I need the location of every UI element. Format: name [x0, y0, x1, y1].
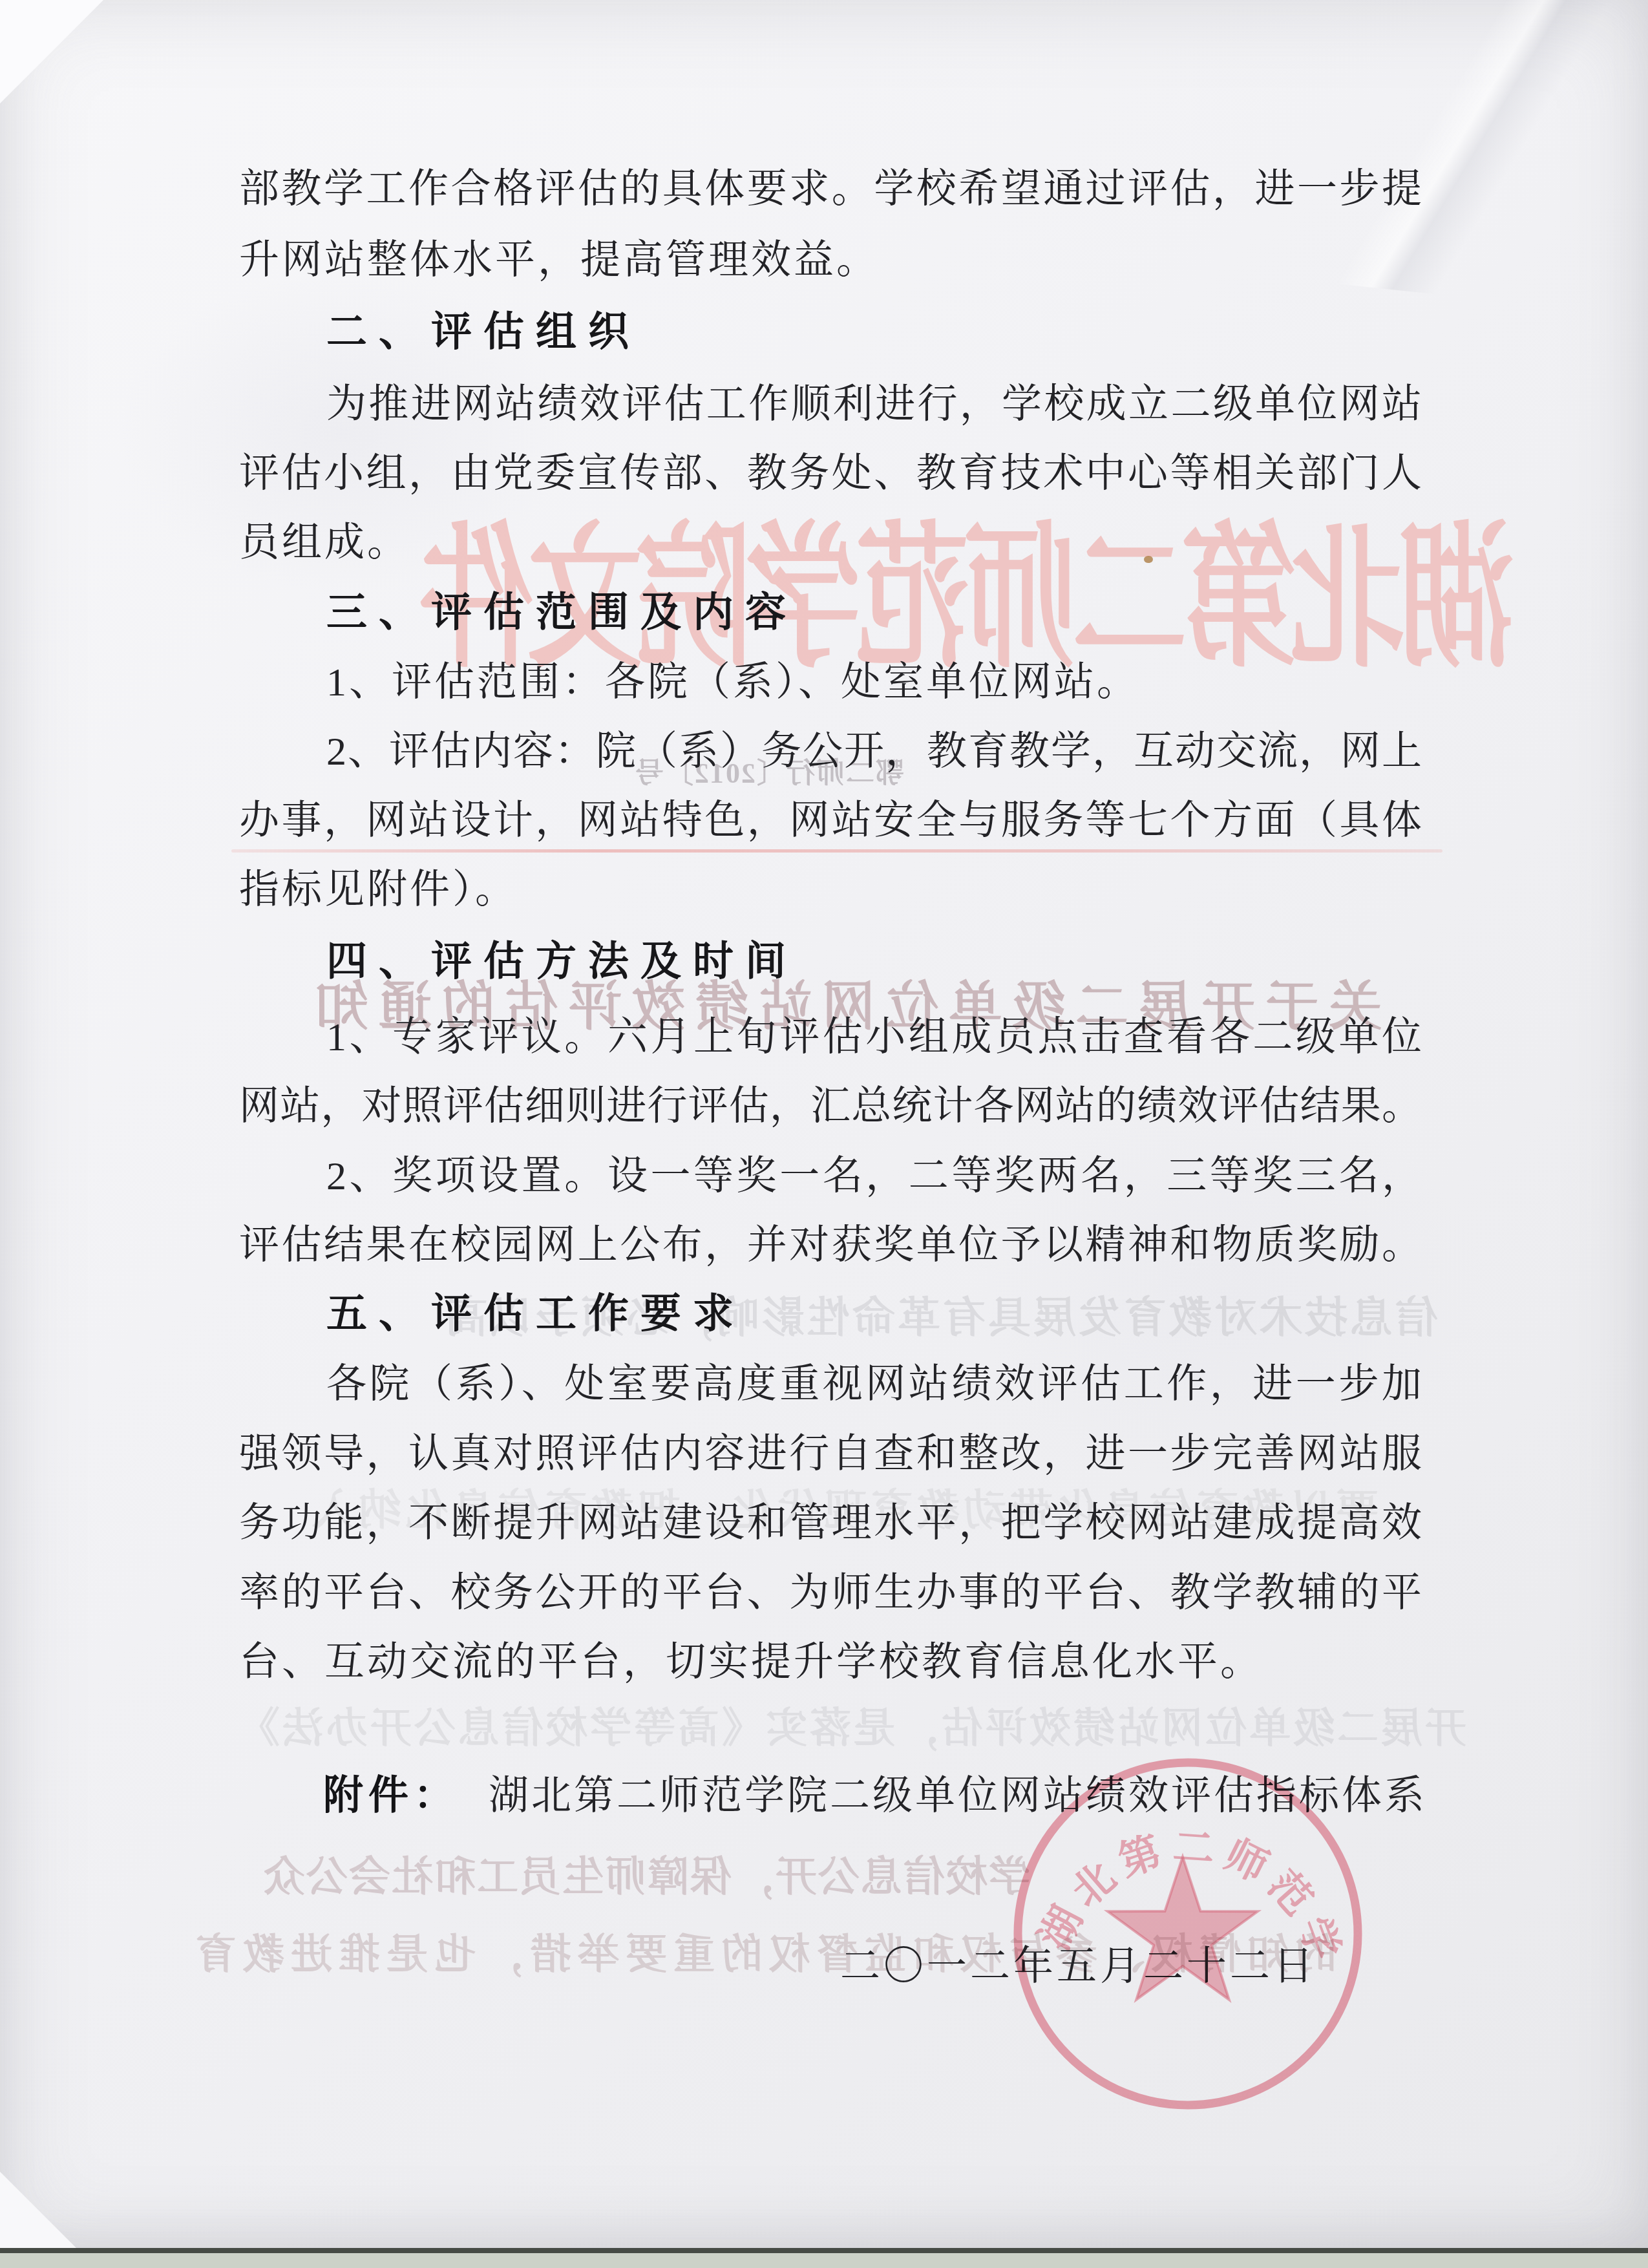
body-line: 员组成。	[239, 508, 410, 578]
section-heading: 三、评估范围及内容	[326, 577, 798, 647]
bleedthrough-line: 学校信息公开，保障师生员工和社会公众	[252, 1843, 1041, 1895]
section-heading: 二、评估组织	[326, 297, 640, 366]
body-line: 强领导，认真对照评估内容进行自查和整改，进一步完善网站服	[239, 1419, 1422, 1489]
body-line: 各院（系）、处室要高度重视网站绩效评估工作，进一步加	[326, 1350, 1422, 1419]
body-line: 1、评估范围：各院（系）、处室单位网站。	[326, 648, 1139, 717]
body-line: 1、专家评议。六月上旬评估小组成员点击查看各二级单位	[326, 1002, 1422, 1072]
body-line: 为推进网站绩效评估工作顺利进行，学校成立二级单位网站	[326, 370, 1422, 440]
scanner-background-strip	[0, 2253, 1648, 2268]
body-line: 升网站整体水平，提高管理效益。	[239, 226, 879, 295]
body-line: 评估结果在校园网上公布，并对获奖单位予以精神和物质奖励。	[239, 1211, 1422, 1280]
body-line: 网站，对照评估细则进行评估，汇总统计各网站的绩效评估结果。	[239, 1072, 1422, 1141]
body-line: 2、奖项设置。设一等奖一名，二等奖两名，三等奖三名，	[326, 1141, 1422, 1211]
body-line: 办事，网站设计，网站特色，网站安全与服务等七个方面（具体	[239, 786, 1422, 856]
section-heading: 五、评估工作要求	[326, 1278, 745, 1348]
scan-bottom-edge	[0, 2248, 1648, 2253]
official-seal: 湖北第二师范学院	[1009, 1753, 1366, 2115]
scanned-document-page: { "page": { "paper_color": "#f2f2f5", "i…	[0, 0, 1648, 2268]
ink-speck	[1144, 556, 1153, 563]
section-heading: 四、评估方法及时间	[326, 926, 798, 996]
body-line: 率的平台、校务公开的平台、为师生办事的平台、教学教辅的平	[239, 1558, 1422, 1628]
body-line: 2、评估内容：院（系）务公开，教育教学，互动交流，网上	[326, 717, 1422, 787]
body-line: 指标见附件）。	[239, 855, 518, 925]
body-line: 评估小组，由党委宣传部、教务处、教育技术中心等相关部门人	[239, 439, 1422, 509]
body-line: 务功能，不断提升网站建设和管理水平，把学校网站建成提高效	[239, 1489, 1422, 1558]
document-paper: 湖北第二师范学院文件 鄂二师行〔2012〕号 关于开展二级单位网站绩效评估的通知…	[0, 0, 1648, 2254]
body-line: 台、互动交流的平台，切实提升学校教育信息化水平。	[239, 1627, 1263, 1697]
attachment-label: 附件：	[323, 1774, 459, 1818]
paper-corner-fold	[0, 0, 103, 103]
paper-corner-fold	[0, 2172, 78, 2249]
bleedthrough-line: 开展二级单位网站绩效评估，是落实《高等学校信息公开办法》	[236, 1695, 1444, 1746]
body-line: 部教学工作合格评估的具体要求。学校希望通过评估，进一步提	[239, 154, 1422, 224]
